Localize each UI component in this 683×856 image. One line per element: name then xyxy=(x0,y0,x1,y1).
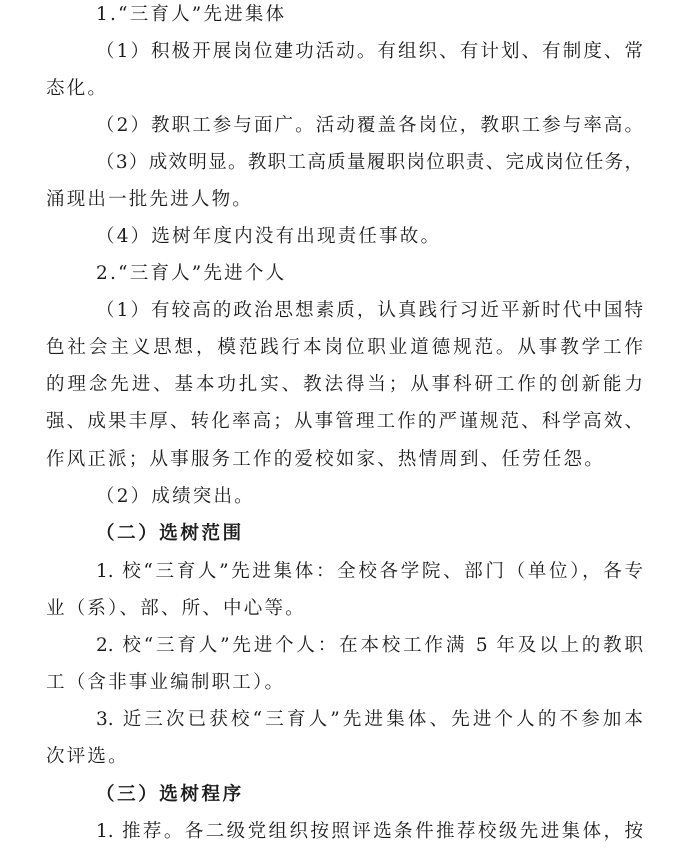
criteria-individual-1-line-5: 作风正派；从事服务工作的爱校如家、热情周到、任劳任怨。 xyxy=(46,448,646,472)
criteria-collective-4: （4）选树年度内没有出现责任事故。 xyxy=(96,225,683,249)
criteria-collective-3-line-2: 涌现出一批先进人物。 xyxy=(46,188,646,212)
criteria-individual-1-line-4: 强、成果丰厚、转化率高；从事管理工作的严谨规范、科学高效、 xyxy=(46,410,643,434)
criteria-individual-1-line-1: （1）有较高的政治思想素质，认真践行习近平新时代中国特 xyxy=(96,299,643,323)
subsection-heading-advanced-individual: 2.“三育人”先进个人 xyxy=(96,262,683,286)
procedure-1-line-1: 1. 推荐。各二级党组织按照评选条件推荐校级先进集体，按 xyxy=(96,820,643,844)
criteria-individual-1-line-2: 色社会主义思想，模范践行本岗位职业道德规范。从事教学工作 xyxy=(46,336,643,360)
scope-3-line-1: 3. 近三次已获校“三育人”先进集体、先进个人的不参加本 xyxy=(96,708,643,732)
criteria-individual-2: （2）成绩突出。 xyxy=(96,485,683,509)
section-heading-selection-procedure: （三）选树程序 xyxy=(96,783,683,807)
scope-1-line-2: 业（系）、部、所、中心等。 xyxy=(46,597,646,621)
criteria-collective-2: （2）教职工参与面广。活动覆盖各岗位，教职工参与率高。 xyxy=(96,114,643,138)
section-heading-selection-scope: （二）选树范围 xyxy=(96,522,683,546)
document-page: 1.“三育人”先进集体 （1）积极开展岗位建功活动。有组织、有计划、有制度、常 … xyxy=(0,0,683,856)
criteria-collective-1-line-1: （1）积极开展岗位建功活动。有组织、有计划、有制度、常 xyxy=(96,40,643,64)
scope-1-line-1: 1. 校“三育人”先进集体：全校各学院、部门（单位），各专 xyxy=(96,560,643,584)
scope-2-line-1: 2. 校“三育人”先进个人：在本校工作满 5 年及以上的教职 xyxy=(96,634,643,658)
scope-3-line-2: 次评选。 xyxy=(46,745,646,769)
criteria-collective-1-line-2: 态化。 xyxy=(46,77,646,101)
criteria-individual-1-line-3: 的理念先进、基本功扎实、教法得当；从事科研工作的创新能力 xyxy=(46,373,643,397)
criteria-collective-3-line-1: （3）成效明显。教职工高质量履职岗位职责、完成岗位任务， xyxy=(96,151,643,175)
subsection-heading-advanced-collective: 1.“三育人”先进集体 xyxy=(96,3,683,27)
scope-2-line-2: 工（含非事业编制职工）。 xyxy=(46,671,646,695)
